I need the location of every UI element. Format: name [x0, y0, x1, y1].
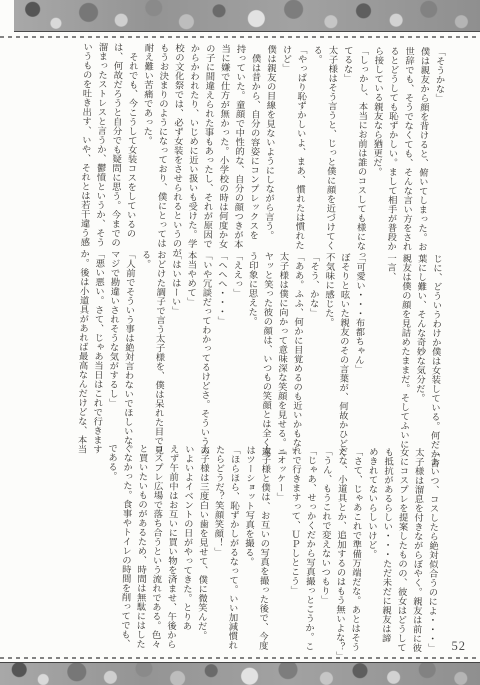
text-column: 当に嫌で仕方が無かった。小学校の時は何度か女: [213, 44, 231, 251]
text-column: 「そう、かな」: [302, 252, 320, 446]
scanned-book-page: 「そうかな」僕は親友から顔を背けると、俯いてしまった。お世辞でも、そうでなくても…: [0, 0, 480, 685]
text-column: ぼそりと呟いた親友のその言葉が、何故かひどく: [333, 252, 351, 446]
text-column: るとどうしても恥ずかしい。まして相手が普段か: [382, 46, 400, 253]
page-number: 52: [452, 639, 467, 654]
text-column: いうものを吐き出す、いや、それとは若干違う感: [75, 42, 93, 249]
text-column: 「オッケー」: [269, 446, 287, 655]
text-column: 太子様は僕に向かって意味深な笑顔を見せる。ニ: [272, 252, 290, 446]
floral-collage-banner-bottom: [0, 662, 480, 685]
text-column: コスプレ広場で落ち合うという流れである。色々: [146, 444, 164, 653]
text-column: もうお決まりのようになっており、僕にとっては: [152, 43, 170, 250]
text-column: だな、小道具とか、追加するのはもう無いよな？」: [330, 446, 348, 655]
text-column: 「悪い悪い。さて、じゃあ当日はこれで行きます: [88, 249, 106, 443]
text-block-2: じに、どういうわけか僕は女装している。何だか言葉にし難い、そんな奇妙な気分だ。親…: [72, 249, 443, 448]
text-column: くなかった。食事やトイレの時間を削ってでも、: [115, 443, 133, 652]
dashed-separator-top: [0, 36, 480, 38]
text-column: ヤッと笑った彼の顔は、いつもの笑顔とは全く違: [256, 251, 274, 445]
text-column: 僕は親友の目線を見ないようにしながら言う。: [259, 44, 277, 251]
text-column: か。後は小道具があれば最高なんだけどな、本当: [72, 249, 90, 443]
text-column: からかわれたり、いじめに近い扱いも受けた。学: [182, 43, 200, 250]
text-column: それでも、今こうして女装コスをしているの: [121, 43, 139, 250]
text-column: 「へへへ・・・」: [210, 251, 228, 445]
text-column: 「そうかな」: [428, 47, 446, 254]
text-column: 「ええっ」: [226, 251, 244, 445]
text-column: も抵抗があるらしい・・・ただ未だに親友は諦: [376, 447, 394, 656]
text-column: は、何故だろうと自分でも疑問に思う。今までの: [106, 42, 124, 249]
text-column: 「あいつ、コスしたら絶対似合うのによ・・・」: [422, 448, 440, 657]
text-column: 「やっぱり恥ずかしいよ、まあ、慣れたは慣れた: [290, 45, 308, 252]
text-column: 「しっかし、本当にお前は誰のコスしても様になっ: [351, 46, 369, 253]
text-column: 「ああ。ふふ、何かに目覚めるのも近いかもな」: [287, 252, 305, 446]
text-block-1: 「そうかな」僕は親友から顔を背けると、俯いてしまった。お世辞でも、そうでなくても…: [75, 42, 446, 254]
text-column: 「ほらほら、恥ずかしがるなって。いい加減慣れ: [223, 445, 241, 654]
text-column: 「可愛い・・・布都ちゃん」: [348, 253, 366, 447]
text-column: おどけた調子で言う太子様を、僕は呆れた目で見: [149, 250, 167, 444]
text-column: いよいよイベントの日がやってきた。とりあ: [177, 444, 195, 653]
text-column: 太子様は三度白い歯を見せて、僕に微笑んだ。: [192, 445, 210, 654]
text-column: 「いや冗談だってわかってるけどさ。そういうの: [195, 251, 213, 445]
text-column: 持っていた。童顔で中性的な、自分の顔つきが本: [228, 44, 246, 251]
text-column: えず午前中はお互いに買い物を済ませ、午後から: [161, 444, 179, 653]
text-column: [364, 253, 382, 447]
dashed-separator-bottom: [0, 657, 480, 659]
text-column: 太子様は溜息を付きながらぼやく。親友は前に彼: [407, 448, 425, 657]
text-column: 「人前でそういう事は絶対言わないでほしいな。: [118, 249, 136, 443]
text-column: 太子様はそう言うと、じっと僕に顔を近づけてく: [320, 45, 338, 252]
text-column: 太子様と僕は、お互いの写真を撮った後で、今度: [253, 445, 271, 654]
text-column: 校の文化祭では、必ず女装をさせられるというのが: [167, 43, 185, 250]
text-column: 親友は僕の顔を見詰めたままだ。そしてふいに: [394, 253, 412, 447]
text-column: 僕は昔から、自分の容姿にコンプレックスを: [244, 44, 262, 251]
text-column: 「はいはーい」: [164, 250, 182, 444]
text-column: 「じゃあ、せっかくだから写真撮っとこうか。こ: [299, 446, 317, 655]
text-block-3: 「あいつ、コスしたら絶対似合うのによ・・・」太子様は溜息を付きながらぼやく。親友…: [70, 443, 441, 657]
text-area: 「そうかな」僕は親友から顔を背けると、俯いてしまった。お世辞でも、そうでなくても…: [70, 42, 446, 657]
text-column: 「さて、じゃあこれで準備万端だな。あとはそう: [345, 447, 363, 656]
text-column: 僕は親友から顔を背けると、俯いてしまった。お: [412, 47, 430, 254]
text-column: じに、どういうわけか僕は女装している。何だか言: [425, 254, 443, 448]
floral-collage-banner-top: [14, 0, 480, 32]
text-column: の子に間違えられた事もあったし、それが原因で: [198, 44, 216, 251]
